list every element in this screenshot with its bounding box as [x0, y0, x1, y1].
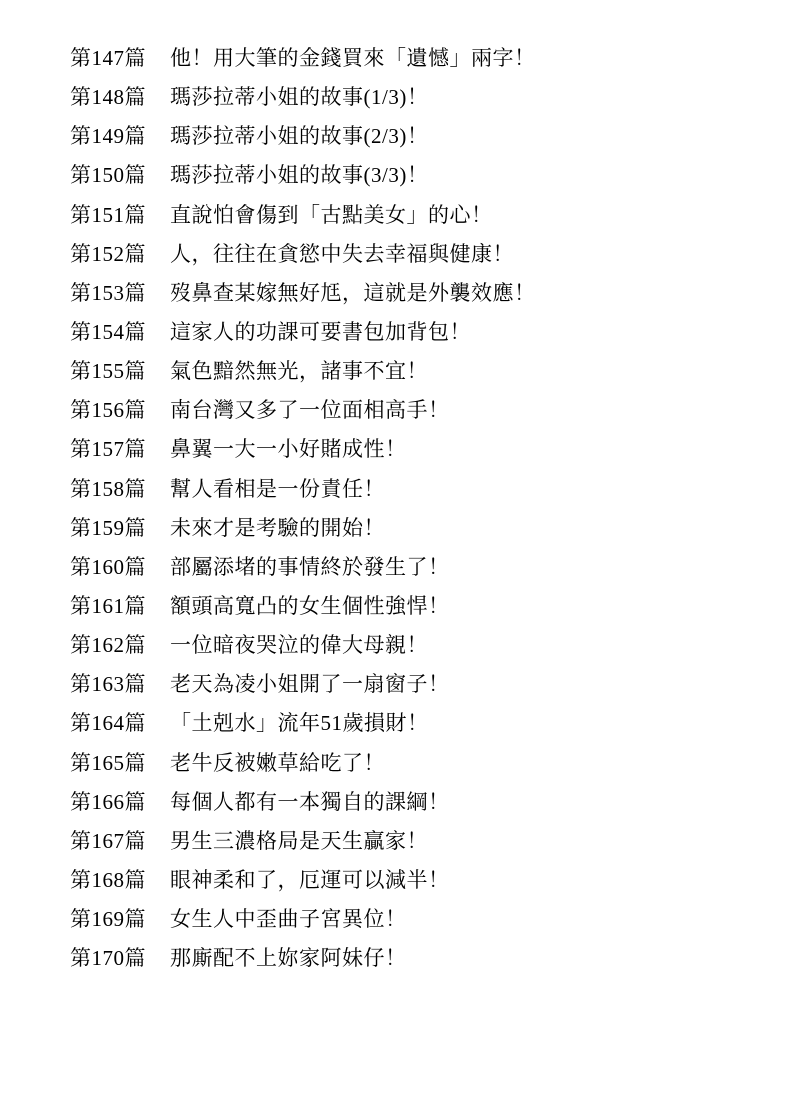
entry-title: 瑪莎拉蒂小姐的故事(3/3)！	[170, 159, 759, 189]
entry-title: 這家人的功課可要書包加背包！	[170, 316, 759, 346]
entry-title: 他！用大筆的金錢買來「遺憾」兩字！	[170, 42, 759, 72]
entry-number: 第152篇	[70, 238, 170, 268]
entry-number: 第166篇	[70, 786, 170, 816]
toc-entry-row: 第152篇 人，往往在貪慾中失去幸福與健康！	[70, 238, 759, 277]
toc-entry-row: 第148篇 瑪莎拉蒂小姐的故事(1/3)！	[70, 81, 759, 120]
entry-number: 第157篇	[70, 433, 170, 463]
entry-title: 老牛反被嫩草給吃了！	[170, 747, 759, 777]
entry-title: 瑪莎拉蒂小姐的故事(1/3)！	[170, 81, 759, 111]
entry-number: 第162篇	[70, 629, 170, 659]
entry-number: 第154篇	[70, 316, 170, 346]
toc-entry-row: 第153篇 歿鼻查某嫁無好尪，這就是外襲效應！	[70, 277, 759, 316]
toc-entry-row: 第154篇 這家人的功課可要書包加背包！	[70, 316, 759, 355]
entry-number: 第158篇	[70, 473, 170, 503]
entry-number: 第147篇	[70, 42, 170, 72]
toc-entry-row: 第155篇 氣色黯然無光，諸事不宜！	[70, 355, 759, 394]
entry-title: 女生人中歪曲子宮異位！	[170, 903, 759, 933]
entry-title: 氣色黯然無光，諸事不宜！	[170, 355, 759, 385]
entry-number: 第167篇	[70, 825, 170, 855]
entry-number: 第150篇	[70, 159, 170, 189]
entry-title: 每個人都有一本獨自的課綱！	[170, 786, 759, 816]
entry-title: 老天為凌小姐開了一扇窗子！	[170, 668, 759, 698]
entry-title: 男生三濃格局是天生贏家！	[170, 825, 759, 855]
toc-entry-row: 第150篇 瑪莎拉蒂小姐的故事(3/3)！	[70, 159, 759, 198]
toc-entry-row: 第158篇 幫人看相是一份責任！	[70, 473, 759, 512]
entry-number: 第169篇	[70, 903, 170, 933]
entry-title: 瑪莎拉蒂小姐的故事(2/3)！	[170, 120, 759, 150]
entry-number: 第161篇	[70, 590, 170, 620]
toc-entry-row: 第167篇 男生三濃格局是天生贏家！	[70, 825, 759, 864]
entry-number: 第148篇	[70, 81, 170, 111]
document-page: 第147篇 他！用大筆的金錢買來「遺憾」兩字！ 第148篇 瑪莎拉蒂小姐的故事(…	[0, 0, 799, 1106]
entry-title: 人，往往在貪慾中失去幸福與健康！	[170, 238, 759, 268]
entry-number: 第151篇	[70, 199, 170, 229]
entry-title: 部屬添堵的事情終於發生了！	[170, 551, 759, 581]
toc-entry-row: 第168篇 眼神柔和了，厄運可以減半！	[70, 864, 759, 903]
entry-title: 幫人看相是一份責任！	[170, 473, 759, 503]
entry-title: 直說怕會傷到「古點美女」的心！	[170, 199, 759, 229]
toc-entry-row: 第164篇 「土剋水」流年51歲損財！	[70, 707, 759, 746]
entry-title: 鼻翼一大一小好賭成性！	[170, 433, 759, 463]
toc-entry-row: 第165篇 老牛反被嫩草給吃了！	[70, 747, 759, 786]
entry-number: 第165篇	[70, 747, 170, 777]
entry-number: 第160篇	[70, 551, 170, 581]
entry-title: 未來才是考驗的開始！	[170, 512, 759, 542]
toc-list: 第147篇 他！用大筆的金錢買來「遺憾」兩字！ 第148篇 瑪莎拉蒂小姐的故事(…	[70, 42, 759, 981]
entry-number: 第156篇	[70, 394, 170, 424]
entry-number: 第155篇	[70, 355, 170, 385]
entry-number: 第159篇	[70, 512, 170, 542]
entry-number: 第164篇	[70, 707, 170, 737]
entry-title: 那廝配不上妳家阿妹仔！	[170, 942, 759, 972]
toc-entry-row: 第163篇 老天為凌小姐開了一扇窗子！	[70, 668, 759, 707]
toc-entry-row: 第156篇 南台灣又多了一位面相高手！	[70, 394, 759, 433]
entry-title: 南台灣又多了一位面相高手！	[170, 394, 759, 424]
entry-number: 第163篇	[70, 668, 170, 698]
entry-title: 額頭高寬凸的女生個性強悍！	[170, 590, 759, 620]
entry-title: 「土剋水」流年51歲損財！	[170, 707, 759, 737]
entry-number: 第168篇	[70, 864, 170, 894]
toc-entry-row: 第157篇 鼻翼一大一小好賭成性！	[70, 433, 759, 472]
toc-entry-row: 第162篇 一位暗夜哭泣的偉大母親！	[70, 629, 759, 668]
entry-title: 眼神柔和了，厄運可以減半！	[170, 864, 759, 894]
entry-number: 第153篇	[70, 277, 170, 307]
toc-entry-row: 第149篇 瑪莎拉蒂小姐的故事(2/3)！	[70, 120, 759, 159]
entry-number: 第170篇	[70, 942, 170, 972]
entry-title: 歿鼻查某嫁無好尪，這就是外襲效應！	[170, 277, 759, 307]
toc-entry-row: 第170篇 那廝配不上妳家阿妹仔！	[70, 942, 759, 981]
toc-entry-row: 第147篇 他！用大筆的金錢買來「遺憾」兩字！	[70, 42, 759, 81]
toc-entry-row: 第169篇 女生人中歪曲子宮異位！	[70, 903, 759, 942]
toc-entry-row: 第161篇 額頭高寬凸的女生個性強悍！	[70, 590, 759, 629]
entry-title: 一位暗夜哭泣的偉大母親！	[170, 629, 759, 659]
toc-entry-row: 第166篇 每個人都有一本獨自的課綱！	[70, 786, 759, 825]
toc-entry-row: 第159篇 未來才是考驗的開始！	[70, 512, 759, 551]
entry-number: 第149篇	[70, 120, 170, 150]
toc-entry-row: 第151篇 直說怕會傷到「古點美女」的心！	[70, 199, 759, 238]
toc-entry-row: 第160篇 部屬添堵的事情終於發生了！	[70, 551, 759, 590]
